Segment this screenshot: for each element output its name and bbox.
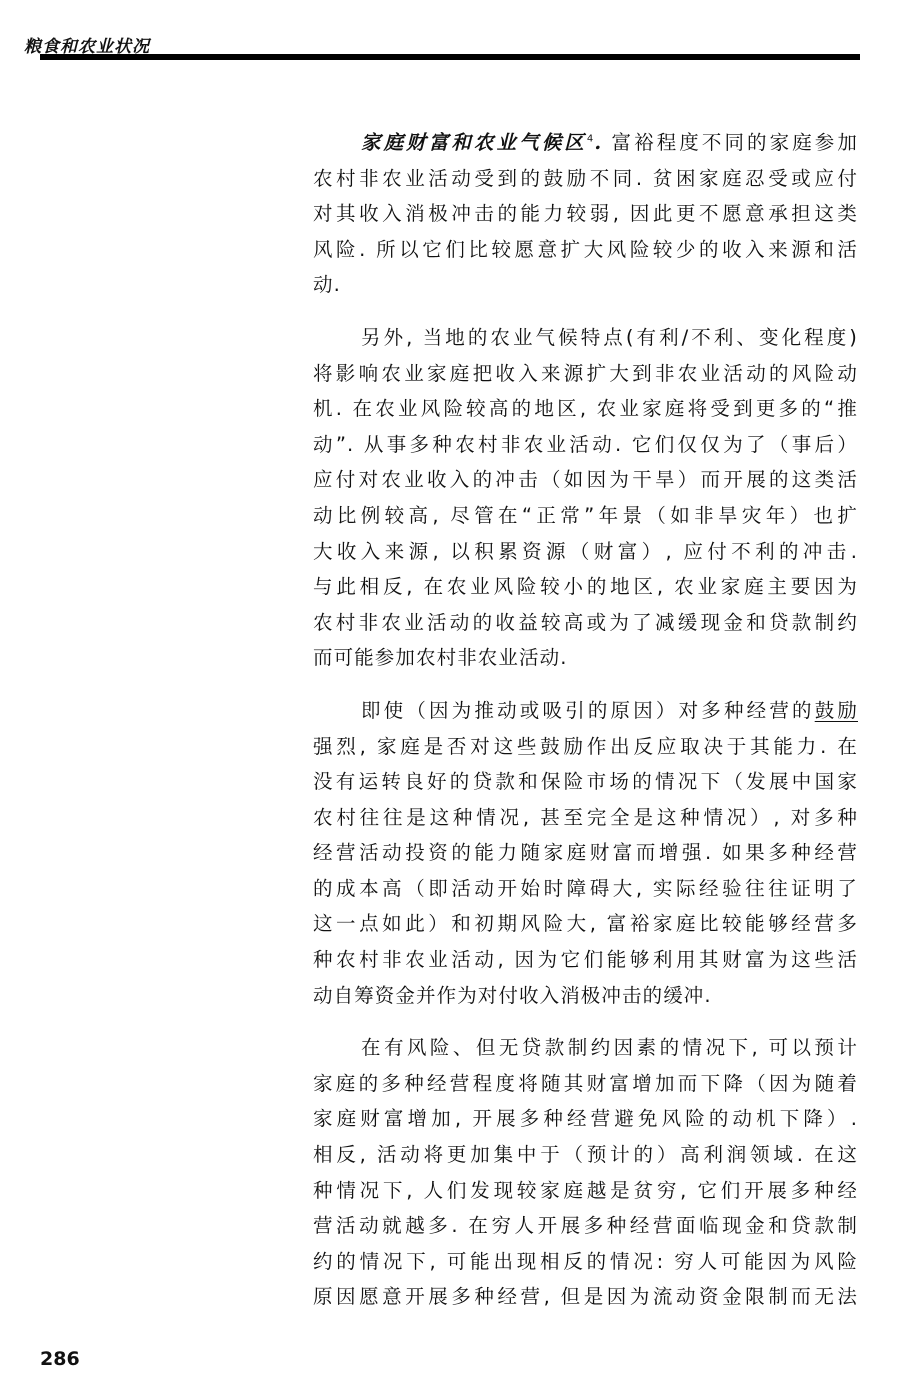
paragraph-line: 原因愿意开展多种经营, 但是因为流动资金限制而无法 — [313, 1279, 858, 1315]
paragraph-line: 这一点如此）和初期风险大, 富裕家庭比较能够经营多 — [313, 906, 858, 942]
paragraph-line: 相反, 活动将更加集中于（预计的）高利润领域. 在这 — [313, 1137, 858, 1173]
paragraph-line: 风险. 所以它们比较愿意扩大风险较少的收入来源和活 — [313, 232, 858, 268]
line-text: 富裕程度不同的家庭参加 — [602, 131, 858, 154]
paragraph-1: 家庭财富和农业气候区4. 富裕程度不同的家庭参加 农村非农业活动受到的鼓励不同.… — [313, 125, 858, 303]
paragraph-line: 种情况下, 人们发现较家庭越是贫穷, 它们开展多种经 — [313, 1173, 858, 1209]
body-text: 家庭财富和农业气候区4. 富裕程度不同的家庭参加 农村非农业活动受到的鼓励不同.… — [313, 125, 858, 1332]
paragraph-line: 在有风险、但无贷款制约因素的情况下, 可以预计 — [313, 1030, 858, 1066]
paragraph-line: 大收入来源, 以积累资源（财富）, 应付不利的冲击. — [313, 534, 858, 570]
paragraph-line: 而可能参加农村非农业活动. — [313, 640, 858, 676]
paragraph-line: 动自筹资金并作为对付收入消极冲击的缓冲. — [313, 978, 858, 1014]
paragraph-line: 经营活动投资的能力随家庭财富而增强. 如果多种经营 — [313, 835, 858, 871]
paragraph-line: 的成本高（即活动开始时障碍大, 实际经验往往证明了 — [313, 871, 858, 907]
paragraph-line: 家庭的多种经营程度将随其财富增加而下降（因为随着 — [313, 1066, 858, 1102]
line-text: 即使（因为推动或吸引的原因）对多种经营的 — [361, 699, 815, 722]
paragraph-line: 农村非农业活动受到的鼓励不同. 贫困家庭忍受或应付 — [313, 161, 858, 197]
paragraph-line: 动比例较高, 尽管在“正常”年景（如非旱灾年）也扩 — [313, 498, 858, 534]
paragraph-line: 对其收入消极冲击的能力较弱, 因此更不愿意承担这类 — [313, 196, 858, 232]
paragraph-line: 种农村非农业活动, 因为它们能够利用其财富为这些活 — [313, 942, 858, 978]
run-in-heading: 家庭财富和农业气候区 — [361, 131, 587, 154]
paragraph-line: 另外, 当地的农业气候特点(有利/不利、变化程度) — [313, 320, 858, 356]
paragraph-2: 另外, 当地的农业气候特点(有利/不利、变化程度) 将影响农业家庭把收入来源扩大… — [313, 320, 858, 676]
underlined-term: 鼓励 — [815, 699, 858, 722]
paragraph-line: 动”. 从事多种农村非农业活动. 它们仅仅为了（事后） — [313, 427, 858, 463]
page-number: 286 — [40, 1348, 80, 1370]
paragraph-line: 家庭财富和农业气候区4. 富裕程度不同的家庭参加 — [313, 125, 858, 161]
paragraph-line: 约的情况下, 可能出现相反的情况: 穷人可能因为风险 — [313, 1244, 858, 1280]
paragraph-line: 农村非农业活动的收益较高或为了减缓现金和贷款制约 — [313, 605, 858, 641]
paragraph-line: 与此相反, 在农业风险较小的地区, 农业家庭主要因为 — [313, 569, 858, 605]
paragraph-line: 应付对农业收入的冲击（如因为干旱）而开展的这类活 — [313, 462, 858, 498]
paragraph-3: 即使（因为推动或吸引的原因）对多种经营的鼓励 强烈, 家庭是否对这些鼓励作出反应… — [313, 693, 858, 1013]
paragraph-line: 营活动就越多. 在穷人开展多种经营面临现金和贷款制 — [313, 1208, 858, 1244]
header-rule — [40, 54, 860, 60]
paragraph-line: 强烈, 家庭是否对这些鼓励作出反应取决于其能力. 在 — [313, 729, 858, 765]
paragraph-line: 动. — [313, 267, 858, 303]
paragraph-line: 没有运转良好的贷款和保险市场的情况下（发展中国家 — [313, 764, 858, 800]
paragraph-line: 将影响农业家庭把收入来源扩大到非农业活动的风险动 — [313, 356, 858, 392]
paragraph-line: 家庭财富增加, 开展多种经营避免风险的动机下降）. — [313, 1101, 858, 1137]
paragraph-4: 在有风险、但无贷款制约因素的情况下, 可以预计 家庭的多种经营程度将随其财富增加… — [313, 1030, 858, 1315]
paragraph-line: 即使（因为推动或吸引的原因）对多种经营的鼓励 — [313, 693, 858, 729]
paragraph-line: 农村往往是这种情况, 甚至完全是这种情况）, 对多种 — [313, 800, 858, 836]
paragraph-line: 机. 在农业风险较高的地区, 农业家庭将受到更多的“推 — [313, 391, 858, 427]
